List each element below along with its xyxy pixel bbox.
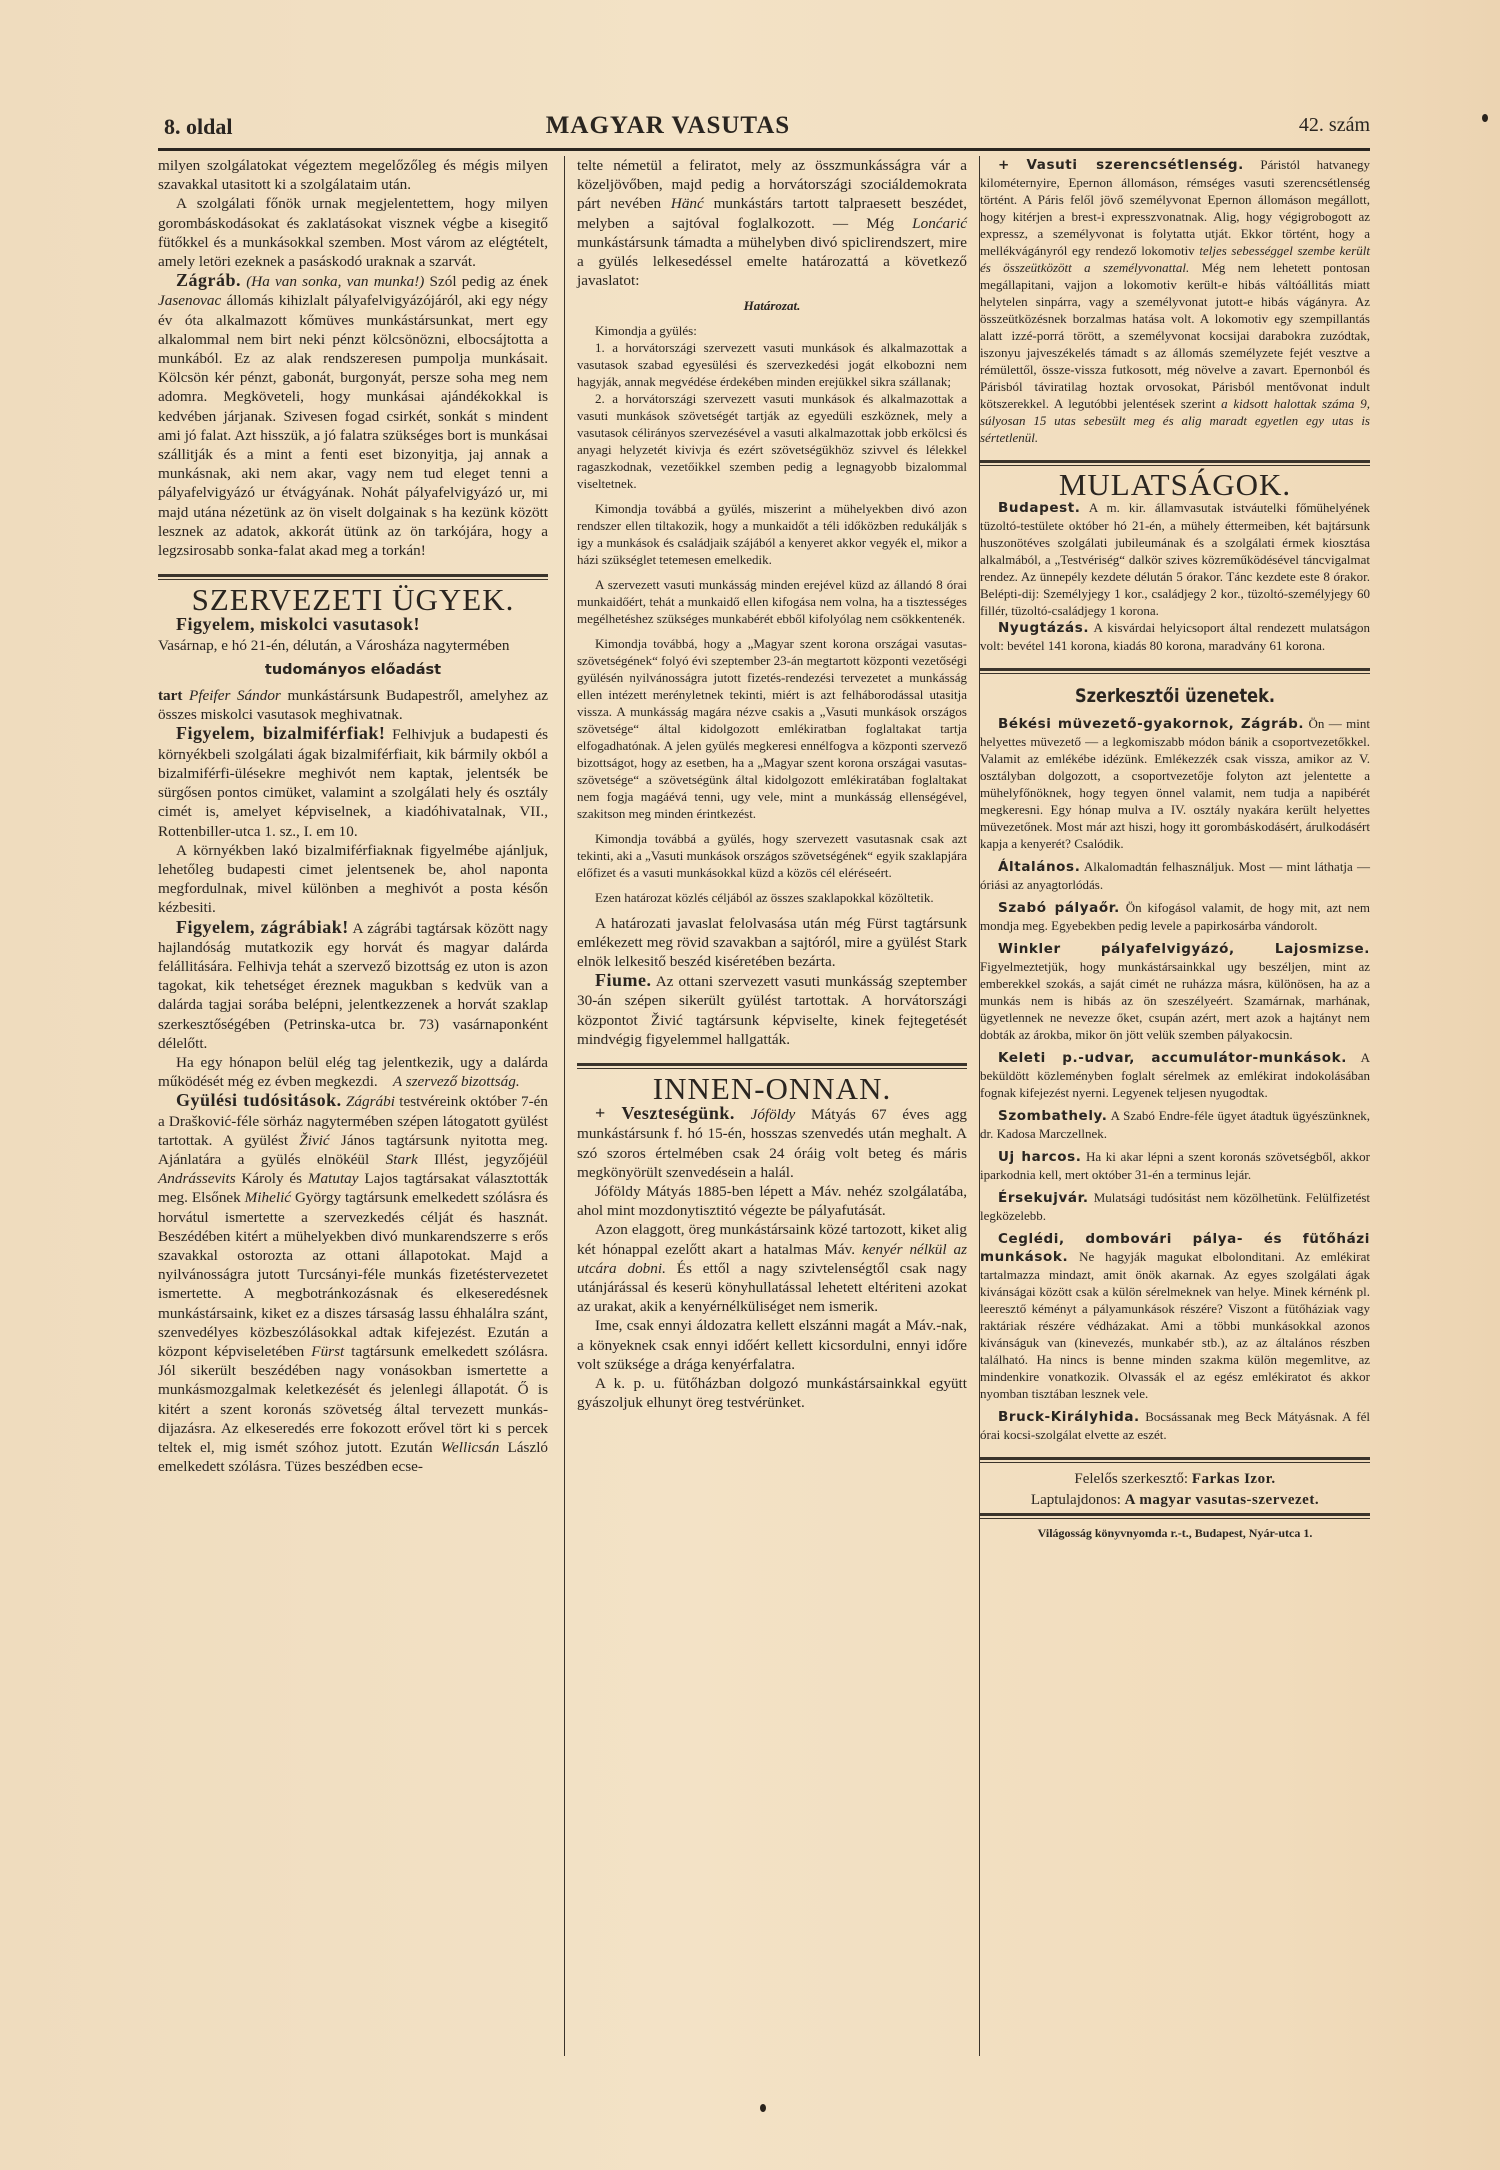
resolution-text: Kimondja a gyülés: 1. a horvátországi sz… [577, 322, 967, 906]
editor-message: Szabó pályaőr. Ön kifogásol valamit, de … [980, 899, 1370, 934]
column-right: + Vasuti szerencsétlenség. Páristól hatv… [980, 156, 1370, 1542]
article-lead: Nyugtázás. [998, 620, 1089, 636]
editor-message: Békési müvezető-gyakornok, Zágráb. Ön — … [980, 715, 1370, 852]
section-divider [577, 1063, 967, 1069]
issue-number: 42. szám [1299, 114, 1370, 137]
message-recipient: Érsekujvár. [998, 1190, 1089, 1206]
editor-message: Keleti p.-udvar, accumulátor-munkások. A… [980, 1049, 1370, 1101]
message-body: Figyelmeztetjük, hogy munkástársainkkal … [980, 959, 1370, 1042]
editor-message: Általános. Alkalomadtán felhasználjuk. M… [980, 858, 1370, 893]
article-budapest: Budapest. A m. kir. államvasutak istváut… [980, 499, 1370, 619]
ink-spot [760, 2104, 766, 2112]
article-lead: Figyelem, bizalmiférfiak! [176, 723, 385, 743]
editor-message: Bruck-Királyhida. Bocsássanak meg Beck M… [980, 1408, 1370, 1443]
column-middle: telte németül a feliratot, mely az összm… [564, 156, 980, 2056]
article-lead: Zágráb. [176, 270, 241, 290]
footer-divider [980, 1513, 1370, 1519]
message-body: Ne hagyják magukat elbolonditani. Az eml… [980, 1249, 1370, 1401]
message-recipient: Szombathely. [998, 1108, 1107, 1124]
editor-message: Winkler pályafelvigyázó, Lajosmizse. Fig… [980, 940, 1370, 1043]
article-gyulesi: Gyülési tudósitások. Zágrábi testvéreink… [158, 1091, 548, 1476]
paragraph: A szolgálati főnök urnak megjelentettem,… [158, 194, 548, 271]
message-recipient: Winkler pályafelvigyázó, Lajosmizse. [998, 941, 1370, 957]
article-lead: Figyelem, zágrábiak! [176, 917, 349, 937]
responsible-editor: Felelős szerkesztő: Farkas Izor. [980, 1471, 1370, 1488]
article-continuation: telte németül a feliratot, mely az összm… [577, 156, 967, 290]
editor-message: Ceglédi, dombovári pálya- és fütőházi mu… [980, 1230, 1370, 1402]
section-title-mulatsagok: MULATSÁGOK. [980, 476, 1370, 493]
section-title-innen-onnan: INNEN-ONNAN. [577, 1079, 967, 1098]
article-nyugtazas: Nyugtázás. A kisvárdai helyicsoport álta… [980, 619, 1370, 654]
masthead: 8. oldal MAGYAR VASUTAS 42. szám [158, 110, 1370, 146]
section-divider [980, 460, 1370, 466]
signature: A szervező bizottság. [393, 1073, 520, 1090]
message-recipient: Uj harcos. [998, 1149, 1081, 1165]
footer-divider [980, 1457, 1370, 1463]
message-recipient: Általános. [998, 859, 1080, 875]
article-zagrab: Zágráb. (Ha van sonka, van munka!) Szól … [158, 271, 548, 560]
article-lead: Gyülési tudósitások. [176, 1090, 342, 1110]
article-bizalmi: Figyelem, bizalmiférfiak! Felhivjuk a bu… [158, 724, 548, 840]
speaker-name: Pfeifer Sándor [189, 687, 281, 704]
article-lead: Veszteségünk. [622, 1103, 735, 1123]
message-recipient: Békési müvezető-gyakornok, Zágráb. [998, 716, 1304, 732]
ink-spot [1482, 114, 1488, 122]
article-vesztesegunk: + Veszteségünk. Jóföldy Mátyás 67 éves a… [577, 1104, 967, 1182]
newspaper-page: 8. oldal MAGYAR VASUTAS 42. szám milyen … [158, 110, 1370, 146]
article-lead: Vasuti szerencsétlenség. [1026, 157, 1243, 173]
editor-messages-list: Békési müvezető-gyakornok, Zágráb. Ön — … [980, 715, 1370, 1443]
message-recipient: Szabó pályaőr. [998, 900, 1120, 916]
article-lead: Budapest. [998, 500, 1081, 516]
printer-imprint: Világosság könyvnyomda r.-t., Budapest, … [980, 1525, 1370, 1542]
masthead-rule [158, 148, 1370, 151]
section-divider [158, 574, 548, 580]
section-title-szerkesztoi: Szerkesztői üzenetek. [1009, 688, 1341, 705]
publisher: Laptulajdonos: A magyar vasutas-szerveze… [980, 1492, 1370, 1509]
editor-message: Uj harcos. Ha ki akar lépni a szent koro… [980, 1148, 1370, 1183]
editor-message: Érsekujvár. Mulatsági tudósitást nem köz… [980, 1189, 1370, 1224]
article-lead: Figyelem, miskolci vasutasok! [176, 614, 420, 634]
column-left: milyen szolgálatokat végeztem megelőzőle… [158, 156, 548, 1476]
page-number: 8. oldal [164, 114, 232, 140]
message-recipient: Bruck-Királyhida. [998, 1409, 1140, 1425]
article-lead: Fiume. [595, 970, 652, 990]
lecture-heading: tudományos előadást [158, 661, 548, 680]
article-zagrabiak: Figyelem, zágrábiak! A zágrábi tagtársak… [158, 918, 548, 1053]
section-divider [980, 668, 1370, 674]
article-fiume: Fiume. Az ottani szervezett vasuti munká… [577, 971, 967, 1049]
article-miskolc: Figyelem, miskolci vasutasok! [158, 615, 548, 635]
message-recipient: Keleti p.-udvar, accumulátor-munkások. [998, 1050, 1347, 1066]
editor-message: Szombathely. A Szabó Endre-féle ügyet át… [980, 1107, 1370, 1142]
article-vasuti-szerencsetlenseg: + Vasuti szerencsétlenség. Páristól hatv… [980, 156, 1370, 446]
article-continuation: milyen szolgálatokat végeztem megelőzőle… [158, 156, 548, 194]
resolution-heading: Határozat. [577, 296, 967, 315]
cross-icon: + [595, 1103, 606, 1123]
article-subtitle: (Ha van sonka, van munka!) [246, 273, 424, 290]
columns: milyen szolgálatokat végeztem megelőzőle… [158, 156, 1370, 2056]
cross-icon: + [998, 157, 1010, 173]
section-title-szervezeti: SZERVEZETI ÜGYEK. [158, 590, 548, 609]
message-body: Ön — mint helyettes müvezető — a legkomi… [980, 716, 1370, 851]
newspaper-title: MAGYAR VASUTAS [308, 112, 1028, 140]
